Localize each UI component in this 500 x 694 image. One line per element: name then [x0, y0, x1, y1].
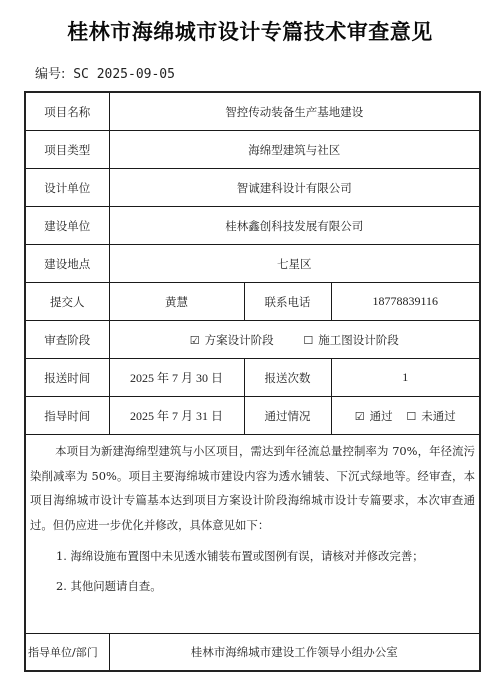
row-construction-unit: 建设单位 桂林鑫创科技发展有限公司 — [25, 207, 480, 245]
guide-time-label: 指导时间 — [25, 397, 109, 435]
row-submit-time: 报送时间 2025 年 7 月 30 日 报送次数 1 — [25, 359, 480, 397]
location-label: 建设地点 — [25, 245, 109, 283]
document-title: 桂林市海绵城市设计专篇技术审查意见 — [0, 16, 500, 46]
checkbox-unchecked-icon[interactable]: ☐ — [406, 410, 416, 423]
project-type-label: 项目类型 — [25, 131, 109, 169]
pass-status-options: ☑通过 ☐未通过 — [331, 397, 480, 435]
construction-unit-value: 桂林鑫创科技发展有限公司 — [109, 207, 480, 245]
document-number: 编号: SC 2025-09-05 — [35, 63, 175, 82]
checkbox-checked-icon[interactable]: ☑ — [190, 334, 200, 347]
design-unit-label: 设计单位 — [25, 169, 109, 207]
project-name-label: 项目名称 — [25, 92, 109, 131]
checkbox-checked-icon[interactable]: ☑ — [355, 410, 365, 423]
opinion-cell: 本项目为新建海绵型建筑与小区项目，需达到年径流总量控制率为 70%，年径流污染削… — [25, 435, 480, 634]
row-location: 建设地点 七星区 — [25, 245, 480, 283]
review-stage-options: ☑方案设计阶段 ☐施工图设计阶段 — [109, 321, 480, 359]
project-type-value: 海绵型建筑与社区 — [109, 131, 480, 169]
location-value: 七星区 — [109, 245, 480, 283]
phone-label: 联系电话 — [244, 283, 331, 321]
document-number-label: 编号: — [35, 67, 65, 82]
row-guide-time: 指导时间 2025 年 7 月 31 日 通过情况 ☑通过 ☐未通过 — [25, 397, 480, 435]
row-project-name: 项目名称 智控传动装备生产基地建设 — [25, 92, 480, 131]
option-label: 未通过 — [421, 409, 456, 423]
option-label: 方案设计阶段 — [205, 333, 274, 347]
option-label: 通过 — [370, 409, 393, 423]
guide-unit-value: 桂林市海绵城市建设工作领导小组办公室 — [109, 634, 480, 672]
submit-time-label: 报送时间 — [25, 359, 109, 397]
construction-unit-label: 建设单位 — [25, 207, 109, 245]
row-review-stage: 审查阶段 ☑方案设计阶段 ☐施工图设计阶段 — [25, 321, 480, 359]
option-passed[interactable]: ☑通过 — [355, 408, 393, 424]
opinion-list: 1. 海绵设施布置图中未见透水铺装布置或图例有误，请核对并修改完善； 2. 其他… — [26, 537, 479, 601]
opinion-paragraph: 本项目为新建海绵型建筑与小区项目，需达到年径流总量控制率为 70%，年径流污染削… — [26, 435, 479, 537]
design-unit-value: 智诚建科设计有限公司 — [109, 169, 480, 207]
checkbox-unchecked-icon[interactable]: ☐ — [303, 334, 313, 347]
row-submitter: 提交人 黄慧 联系电话 18778839116 — [25, 283, 480, 321]
option-label: 施工图设计阶段 — [318, 333, 399, 347]
row-guide-unit: 指导单位/部门 桂林市海绵城市建设工作领导小组办公室 — [25, 634, 480, 672]
submitter-label: 提交人 — [25, 283, 109, 321]
project-name-value: 智控传动装备生产基地建设 — [109, 92, 480, 131]
pass-status-label: 通过情况 — [244, 397, 331, 435]
row-project-type: 项目类型 海绵型建筑与社区 — [25, 131, 480, 169]
submit-count-label: 报送次数 — [244, 359, 331, 397]
opinion-item: 1. 海绵设施布置图中未见透水铺装布置或图例有误，请核对并修改完善； — [56, 541, 479, 571]
option-not-passed[interactable]: ☐未通过 — [406, 408, 455, 424]
opinion-item: 2. 其他问题请自查。 — [56, 571, 479, 601]
option-scheme-design[interactable]: ☑方案设计阶段 — [190, 332, 274, 348]
review-table: 项目名称 智控传动装备生产基地建设 项目类型 海绵型建筑与社区 设计单位 智诚建… — [24, 91, 481, 672]
phone-value: 18778839116 — [331, 283, 480, 321]
review-stage-label: 审查阶段 — [25, 321, 109, 359]
guide-unit-label: 指导单位/部门 — [25, 634, 109, 672]
submit-time-value: 2025 年 7 月 30 日 — [109, 359, 244, 397]
row-design-unit: 设计单位 智诚建科设计有限公司 — [25, 169, 480, 207]
document-number-value: SC 2025-09-05 — [73, 67, 175, 82]
option-construction-drawing[interactable]: ☐施工图设计阶段 — [303, 332, 398, 348]
submitter-value: 黄慧 — [109, 283, 244, 321]
row-opinion: 本项目为新建海绵型建筑与小区项目，需达到年径流总量控制率为 70%，年径流污染削… — [25, 435, 480, 634]
submit-count-value: 1 — [331, 359, 480, 397]
guide-time-value: 2025 年 7 月 31 日 — [109, 397, 244, 435]
